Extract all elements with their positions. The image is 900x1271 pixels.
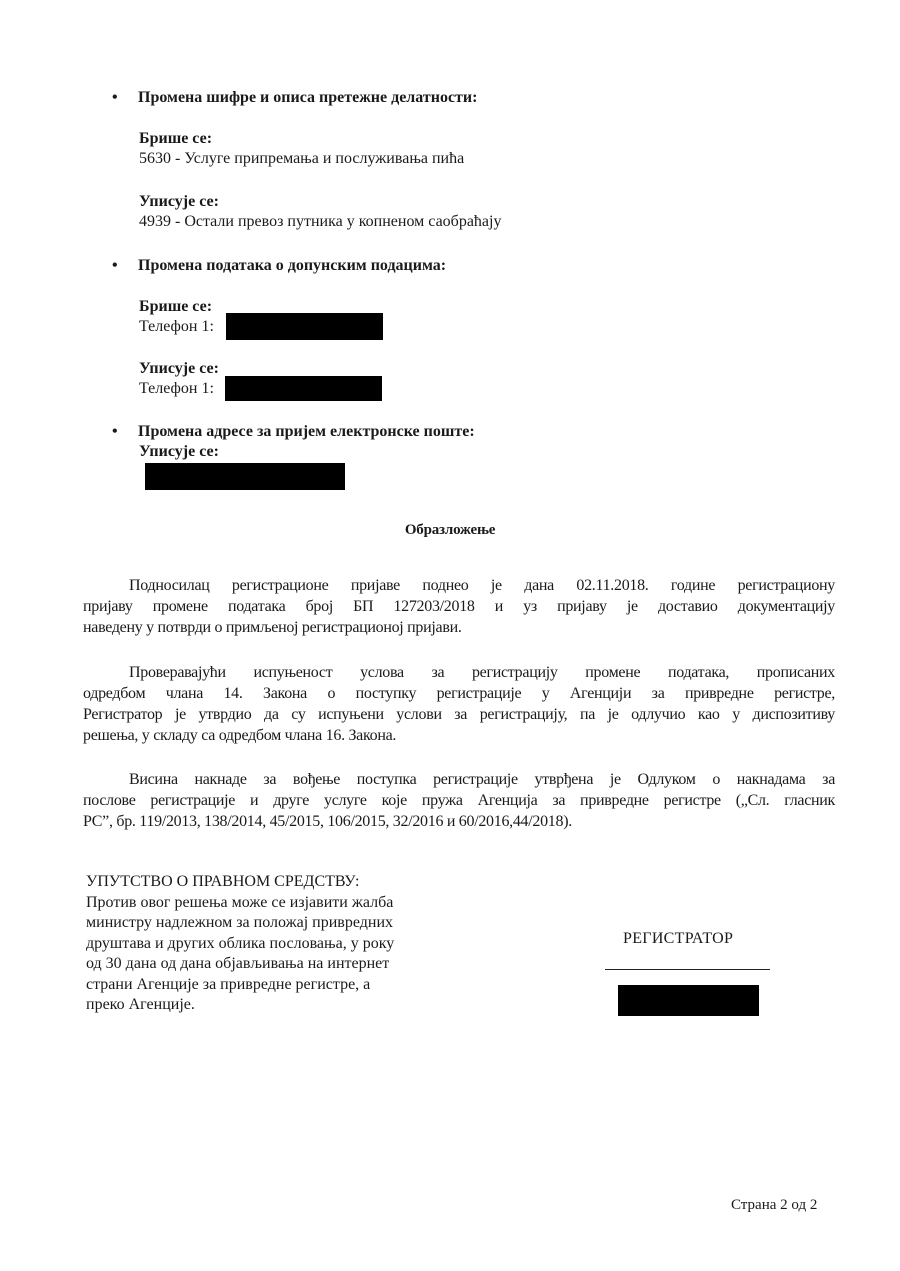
signature-line [605,969,770,970]
legal-remedy-line: од 30 дана од дана објављивања на интерн… [86,954,426,975]
reasoning-paragraph-1: Подносилац регистрационе пријаве поднео … [83,575,835,638]
delete-label: Брише се: [139,130,212,148]
inserted-phone-label: Телефон 1: [139,380,214,398]
paragraph-line: решења, у складу са одредбом члана 16. З… [83,725,835,746]
paragraph-line: одредбом члана 14. Закона о поступку рег… [83,683,835,704]
redacted-phone-old [226,313,383,340]
legal-remedy-line: Против овог решења може се изјавити жалб… [86,893,426,914]
section-title: Промена података о допунским подацима: [138,257,446,274]
legal-remedy-instructions: УПУТСТВО О ПРАВНОМ СРЕДСТВУ: Против овог… [86,872,426,1016]
insert-label: Уписује се: [139,443,219,461]
reasoning-heading: Образложење [0,522,900,539]
bullet-icon: • [112,423,138,441]
legal-remedy-line: страни Агенције за привредне регистре, а [86,975,426,996]
deleted-phone-label: Телефон 1: [139,318,214,336]
insert-label: Уписује се: [139,193,219,211]
paragraph-line: Висина накнаде за вођење поступка регист… [83,769,835,790]
bullet-icon: • [112,89,138,107]
redacted-email [145,463,345,490]
section-title: Промена адресе за пријем електронске пош… [138,423,475,440]
paragraph-line: Регистратор је утврдио да су испуњени ус… [83,704,835,725]
deleted-activity-code: 5630 - Услуге припремања и послуживања п… [139,150,464,168]
delete-label: Брише се: [139,298,212,316]
legal-remedy-line: министру надлежном за положај привредних [86,913,426,934]
reasoning-paragraph-3: Висина накнаде за вођење поступка регист… [83,769,835,832]
redacted-phone-new [225,376,382,401]
inserted-activity-code: 4939 - Остали превоз путника у копненом … [139,213,501,231]
bullet-icon: • [112,257,138,275]
paragraph-line: Проверавајући испуњеност услова за регис… [83,662,835,683]
section-email-change-title: •Промена адресе за пријем електронске по… [112,423,475,441]
redacted-registrar-name [618,985,759,1016]
paragraph-line: Подносилац регистрационе пријаве поднео … [83,575,835,596]
section-supplementary-data-title: •Промена података о допунским подацима: [112,257,446,275]
section-activity-change-title: •Промена шифре и описа претежне делатнос… [112,89,477,107]
paragraph-line: послове регистрације и друге услуге које… [83,790,835,811]
legal-remedy-title: УПУТСТВО О ПРАВНОМ СРЕДСТВУ: [86,872,426,893]
paragraph-line: наведену у потврди о примљеној регистрац… [83,617,835,638]
reasoning-paragraph-2: Проверавајући испуњеност услова за регис… [83,662,835,746]
section-title: Промена шифре и описа претежне делатност… [138,89,477,106]
paragraph-line: пријаву промене података број БП 127203/… [83,596,835,617]
page-number: Страна 2 од 2 [731,1197,817,1214]
legal-remedy-line: преко Агенције. [86,995,426,1016]
insert-label: Уписује се: [139,360,219,378]
paragraph-line: РС”, бр. 119/2013, 138/2014, 45/2015, 10… [83,811,835,832]
registrar-label: РЕГИСТРАТОР [623,930,733,948]
legal-remedy-line: друштава и других облика пословања, у ро… [86,934,426,955]
